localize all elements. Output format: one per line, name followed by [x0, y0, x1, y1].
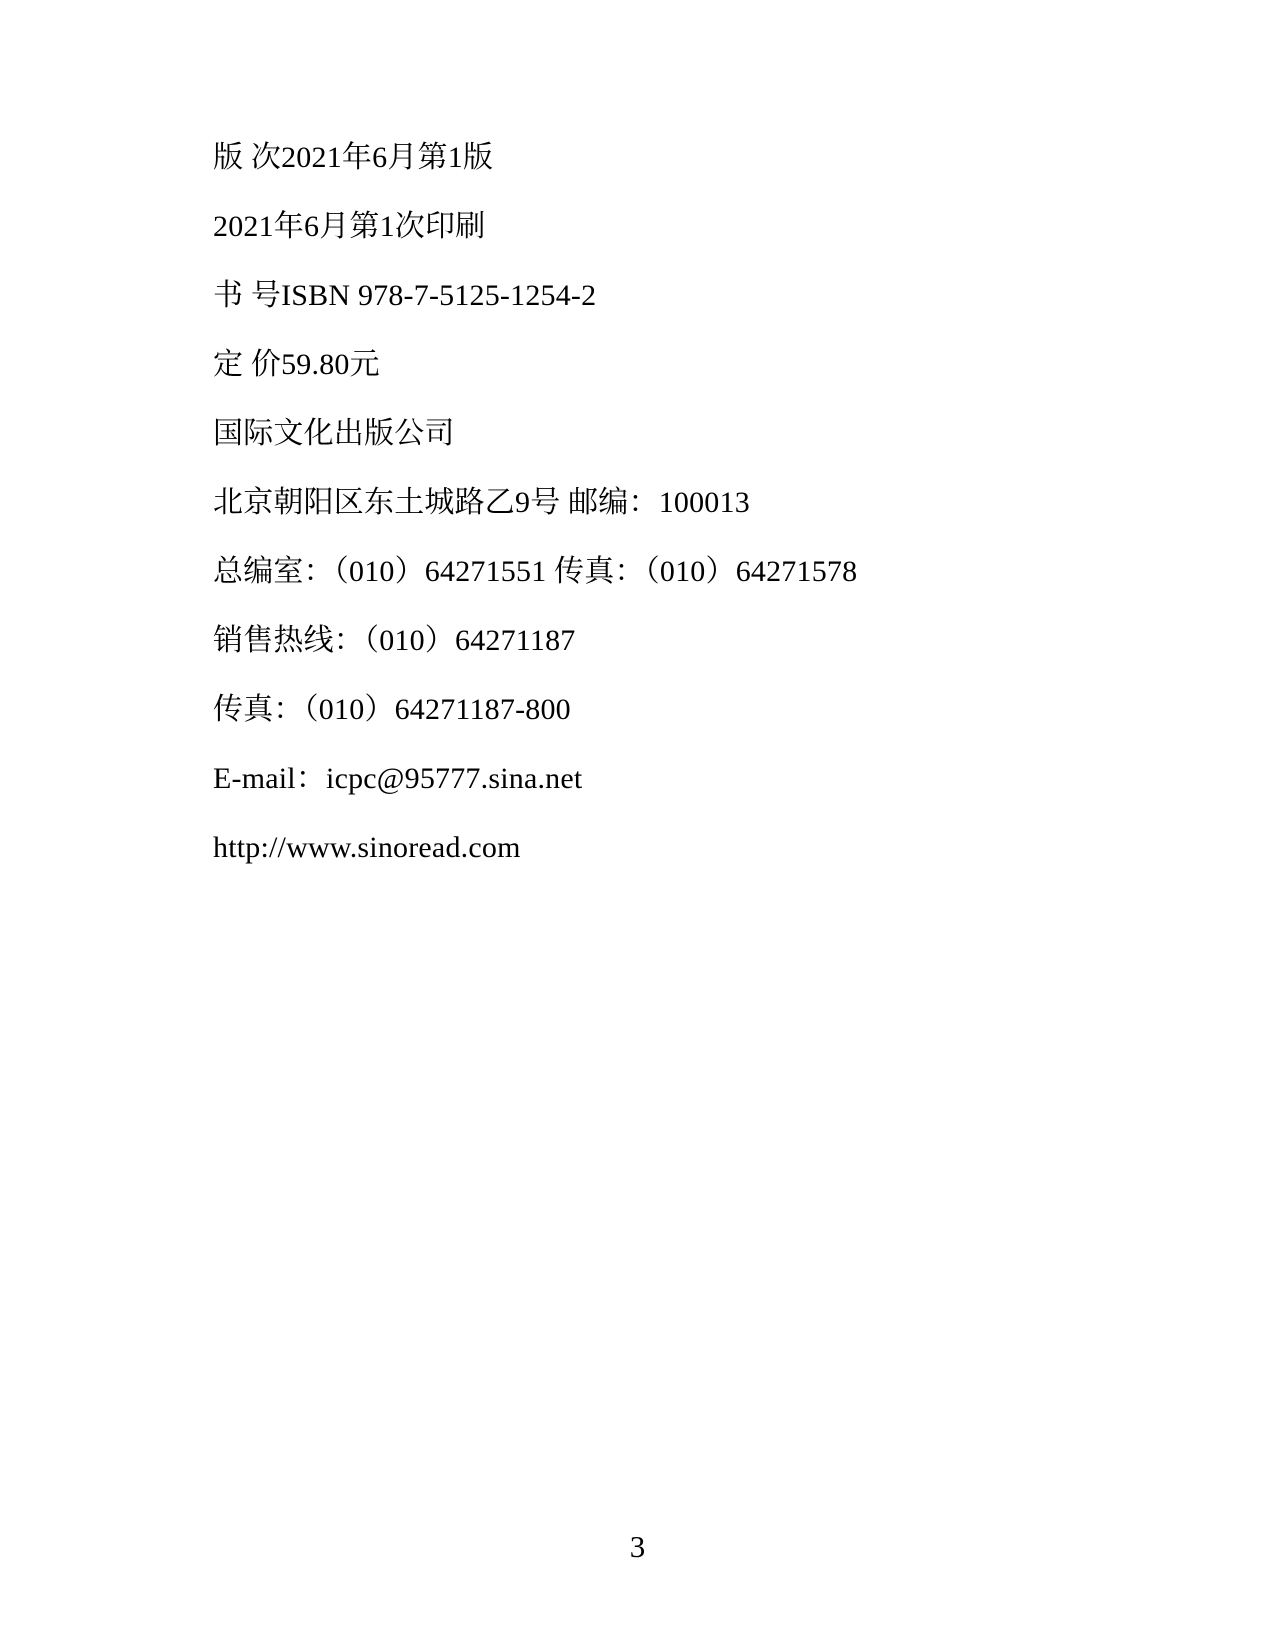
edition-line: 版 次2021年6月第1版 — [213, 143, 1175, 173]
address-line: 北京朝阳区东土城路乙9号 邮编：100013 — [213, 488, 1175, 518]
sales-hotline-line: 销售热线：（010）64271187 — [213, 626, 1175, 656]
fax-line: 传真：（010）64271187-800 — [213, 695, 1175, 725]
printing-line: 2021年6月第1次印刷 — [213, 212, 1175, 242]
document-page: 版 次2021年6月第1版 2021年6月第1次印刷 书 号ISBN 978-7… — [0, 0, 1275, 1650]
email-line: E-mail：icpc@95777.sina.net — [213, 764, 1175, 794]
editorial-office-line: 总编室：（010）64271551 传真：（010）64271578 — [213, 557, 1175, 587]
isbn-line: 书 号ISBN 978-7-5125-1254-2 — [213, 281, 1175, 311]
page-number: 3 — [0, 1531, 1275, 1562]
publisher-line: 国际文化出版公司 — [213, 419, 1175, 449]
publication-info-block: 版 次2021年6月第1版 2021年6月第1次印刷 书 号ISBN 978-7… — [213, 143, 1175, 902]
website-line: http://www.sinoread.com — [213, 833, 1175, 863]
price-line: 定 价59.80元 — [213, 350, 1175, 380]
